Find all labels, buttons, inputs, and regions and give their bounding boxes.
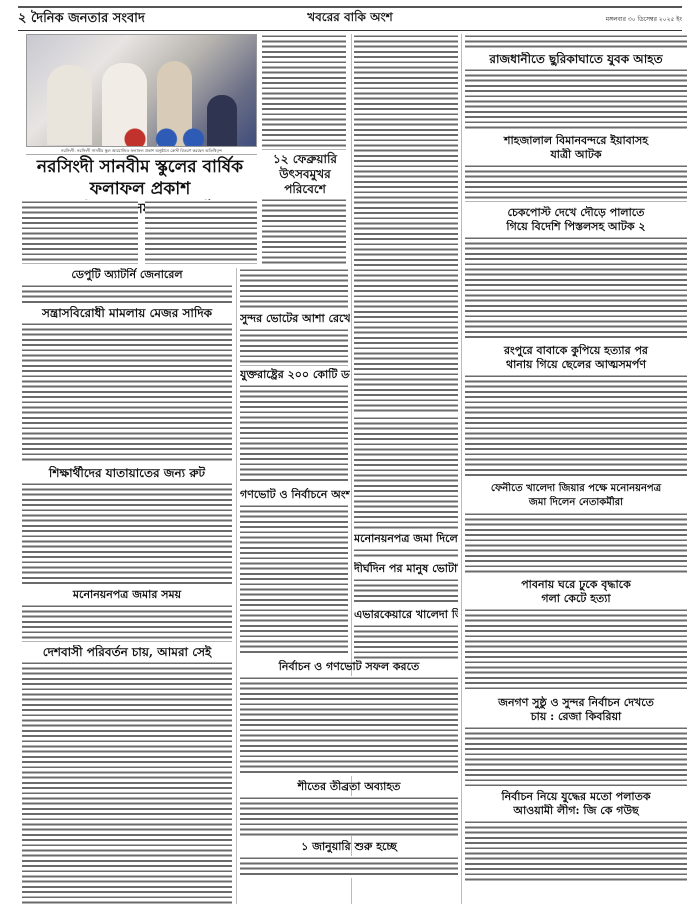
- story-body: [354, 578, 458, 604]
- story-body: [465, 164, 687, 202]
- lead-photo: [26, 34, 257, 147]
- story-body: [465, 608, 687, 692]
- story-body: [240, 504, 348, 654]
- story-headline: সুন্দর ভোটের আশা রেখে: [240, 312, 350, 326]
- story-body: [354, 548, 458, 558]
- story-headline: জনগণ সুষ্ঠু ও সুন্দর নির্বাচন দেখতে: [465, 696, 687, 710]
- continuation-body: [354, 34, 458, 414]
- story-headline: পাবনায় ঘরে ঢুকে বৃদ্ধাকে: [465, 578, 687, 592]
- story-body: [22, 284, 232, 304]
- story-headline: দেশবাসী পরিবর্তন চায়, আমরা সেই: [22, 645, 232, 660]
- story-body: [465, 236, 687, 340]
- side-story-body: [262, 34, 346, 150]
- story-headline: ডেপুটি অ্যাটর্নি জেনারেল: [22, 268, 232, 282]
- masthead: ২ দৈনিক জনতার সংবাদ খবরের বাকি অংশ মঙ্গল…: [18, 10, 682, 28]
- story-headline: নির্বাচন ও গণভোট সফল করতে: [240, 660, 458, 674]
- lead-story-body-1: [22, 200, 138, 264]
- story-body: [465, 374, 687, 478]
- column-divider: [236, 268, 237, 904]
- story-headline: গিয়ে বিদেশি পিস্তলসহ আটক ২: [465, 220, 687, 234]
- story-headline: শীতের তীব্রতা অব্যাহত: [240, 780, 458, 794]
- masthead-left: ২ দৈনিক জনতার সংবাদ: [18, 9, 145, 30]
- issue-date: মঙ্গলবার ৩০ ডিসেম্বর ২০২৫ ইং: [606, 14, 682, 25]
- story-headline: রাজধানীতে ছুরিকাঘাতে যুবক আহত: [465, 52, 687, 67]
- story-body: [465, 512, 687, 574]
- story-headline: জমা দিলেন নেতাকর্মীরা: [465, 496, 687, 509]
- column-divider: [461, 34, 462, 904]
- paper-name: দৈনিক জনতার সংবাদ: [31, 11, 145, 26]
- story-headline: যুক্তরাষ্ট্রের ২০০ কোটি ডলারের: [240, 368, 350, 382]
- story-headline: এভারকেয়ারে খালেদা জিয়ার খোঁজ: [354, 608, 458, 622]
- story-body: [465, 726, 687, 786]
- story-body: [465, 34, 687, 50]
- story-headline: গণভোট ও নির্বাচনে অংশ নেবে না: [240, 488, 350, 502]
- masthead-rule: [18, 30, 682, 31]
- story-body: [22, 322, 232, 462]
- story-body: [240, 328, 348, 366]
- story-headline: থানায় গিয়ে ছেলের আত্মসমর্পণ: [465, 358, 687, 372]
- story-headline: গলা কেটে হত্যা: [465, 592, 687, 606]
- side-story-headline: ১২ ফেব্রুয়ারি উৎসবমুখর পরিবেশে: [264, 152, 346, 197]
- story-headline: মনোনয়নপত্র জমা দিলেন আমীর: [354, 532, 458, 546]
- story-headline: ফেনীতে খালেদা জিয়ার পক্ষে মনোনয়নপত্র: [465, 482, 687, 495]
- story-headline: ১ জানুয়ারি শুরু হচ্ছে: [240, 840, 458, 854]
- story-body: [22, 482, 232, 586]
- story-headline: আওয়ামী লীগ: জি কে গউছ: [465, 804, 687, 818]
- story-headline: মনোনয়নপত্র জমার সময়: [22, 588, 232, 602]
- story-body: [240, 676, 458, 776]
- story-body: [354, 624, 458, 660]
- story-body: [22, 604, 232, 642]
- story-body: [240, 268, 348, 308]
- story-body: [240, 796, 458, 836]
- story-headline: শিক্ষার্থীদের যাতায়াতের জন্য রুট: [22, 466, 232, 481]
- story-body: [240, 856, 458, 878]
- story-body: [354, 416, 458, 530]
- story-headline: রংপুরে বাবাকে কুপিয়ে হত্যার পর: [465, 344, 687, 358]
- story-headline: সন্ত্রাসবিরোধী মামলায় মেজর সাদিক: [22, 306, 232, 321]
- lead-headline-line1: নরসিংদী সানবীম স্কুলের বার্ষিক ফলাফল প্র…: [22, 156, 258, 200]
- side-story-body-2: [262, 198, 346, 266]
- lead-story-body-2: [145, 200, 257, 264]
- story-body: [22, 661, 232, 906]
- photo-caption: নরসিংদী: নরসিংদী সানবীম স্কুল আয়োজিত ফল…: [26, 147, 257, 155]
- story-headline: শাহজালাল বিমানবন্দরে ইয়াবাসহ: [465, 134, 687, 148]
- page-number: ২: [18, 11, 26, 26]
- story-headline: যাত্রী আটক: [465, 148, 687, 162]
- story-headline: দীর্ঘদিন পর মানুষ ভোটাধিকার: [354, 562, 458, 576]
- story-body: [465, 68, 687, 130]
- story-headline: চায় : রেজা কিবরিয়া: [465, 710, 687, 724]
- story-body: [240, 384, 348, 484]
- story-headline: চেকপোস্ট দেখে দৌড়ে পালাতে: [465, 206, 687, 220]
- section-title: খবরের বাকি অংশ: [307, 9, 393, 29]
- story-body: [465, 820, 687, 882]
- story-headline: নির্বাচন নিয়ে যুদ্ধের মতো পলাতক: [465, 790, 687, 804]
